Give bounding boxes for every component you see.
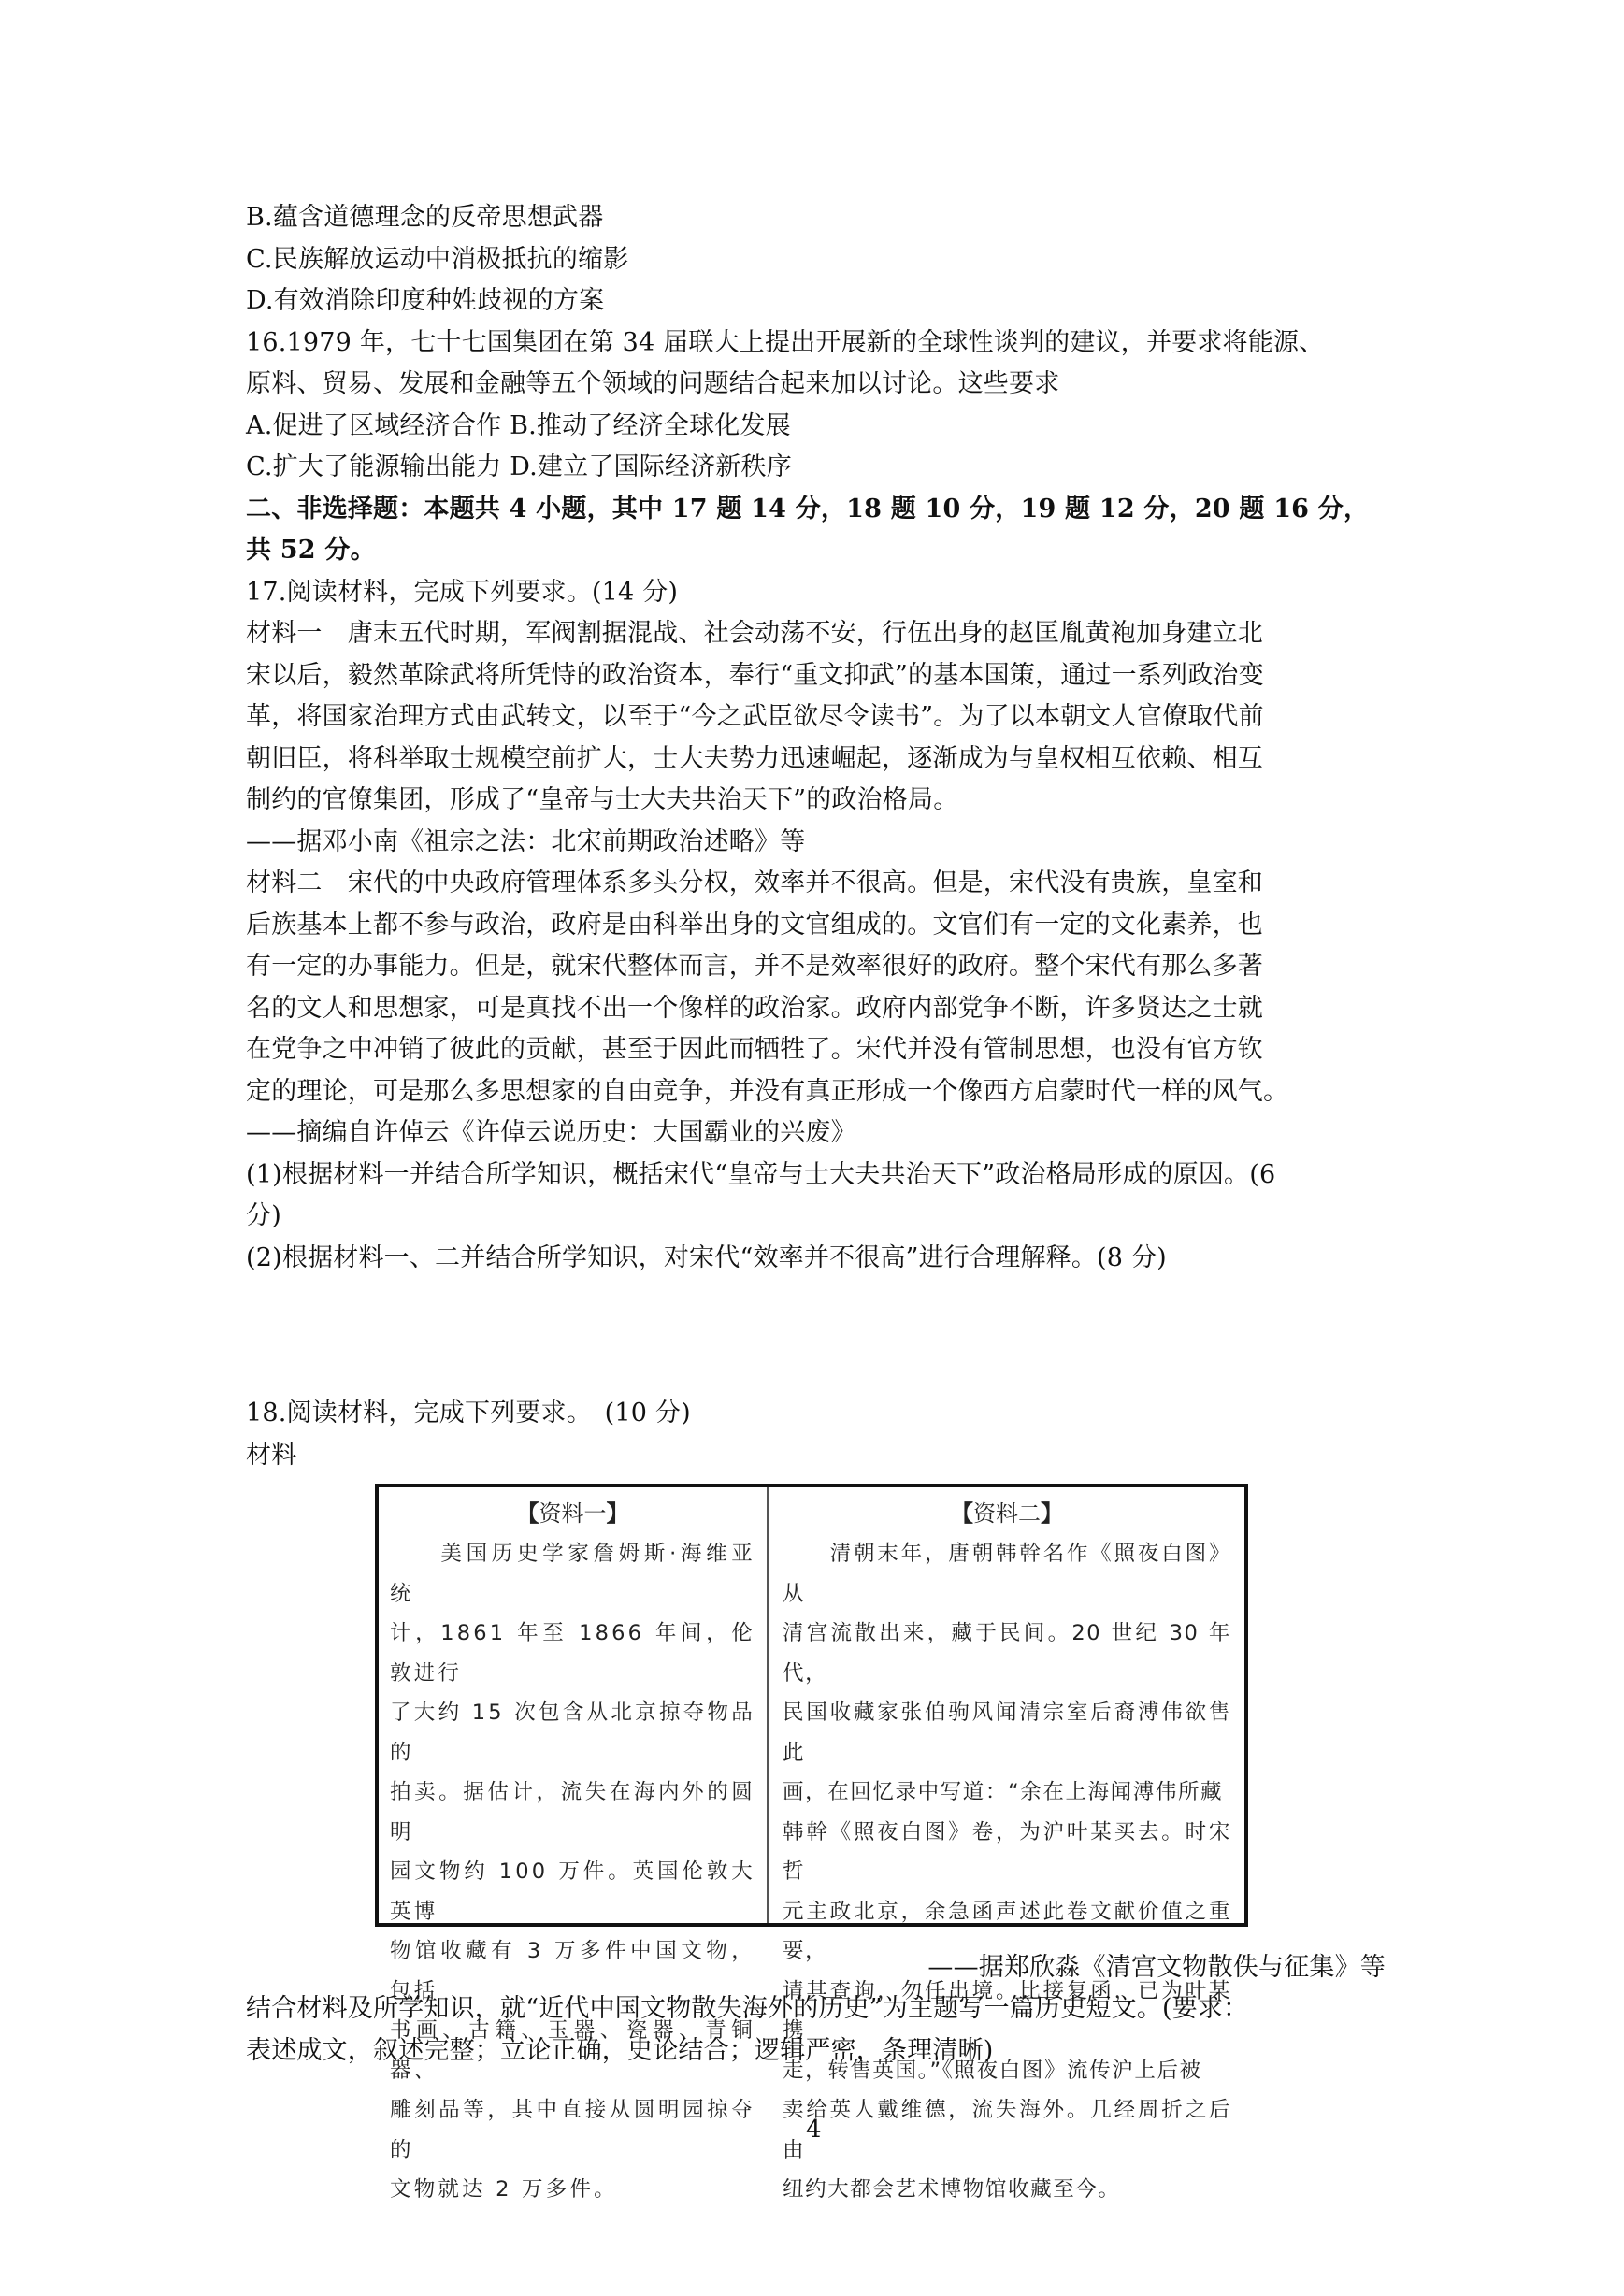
q17-title: 17.阅读材料，完成下列要求。(14 分) xyxy=(246,574,678,611)
material-1-body: 美国历史学家詹姆斯·海维亚统 计，1861 年至 1866 年间，伦敦进行 了大… xyxy=(390,1534,755,2210)
section2-heading-line-1: 二、非选择题：本题共 4 小题，其中 17 题 14 分，18 题 10 分，1… xyxy=(246,491,1369,528)
material-column-2: 【资料二】 清朝末年，唐朝韩幹名作《照夜白图》从 清宫流散出来，藏于民间。20 … xyxy=(769,1487,1244,1923)
q15-option-c: C.民族解放运动中消极抵抗的缩影 xyxy=(246,241,628,279)
material-1-line: 雕刻品等，其中直接从圆明园掠夺的 xyxy=(390,2090,755,2170)
q17-material2-source: ——摘编自许倬云《许倬云说历史：大国霸业的兴废》 xyxy=(246,1114,856,1152)
q17-material1-line-4: 朝旧臣，将科举取士规模空前扩大，士大夫势力迅速崛起，逐渐成为与皇权相互依赖、相互 xyxy=(246,740,1263,778)
q17-question-2: (2)根据材料一、二并结合所学知识，对宋代“效率并不很高”进行合理解释。(8 分… xyxy=(246,1240,1167,1277)
material-2-line: 纽约大都会艺术博物馆收藏至今。 xyxy=(783,2170,1231,2210)
q17-material2-line-6: 定的理论，可是那么多思想家的自由竞争，并没有真正形成一个像西方启蒙时代一样的风气… xyxy=(246,1073,1288,1111)
q17-material2-line-5: 在党争之中冲销了彼此的贡献，甚至于因此而牺牲了。宋代并没有管制思想，也没有官方钦 xyxy=(246,1031,1263,1069)
q16-options-cd: C.扩大了能源输出能力 D.建立了国际经济新秩序 xyxy=(246,449,792,486)
material-2-line: 卖给英人戴维德，流失海外。几经周折之后由 xyxy=(783,2090,1231,2170)
bracket-close: 】 xyxy=(1041,1500,1063,1527)
material-1-title-text: 资料一 xyxy=(539,1500,607,1527)
material-2-line: 画，在回忆录中写道：“余在上海闻溥伟所藏 xyxy=(783,1772,1231,1813)
q18-prompt-line-2: 表述成文，叙述完整；立论正确，史论结合；逻辑严密，条理清晰) xyxy=(246,2032,994,2070)
material-1-line: 了大约 15 次包含从北京掠夺物品的 xyxy=(390,1693,755,1772)
material-2-line: 韩幹《照夜白图》卷，为沪叶某买去。时宋哲 xyxy=(783,1813,1231,1892)
q17-material1-line-2: 宋以后，毅然革除武将所凭恃的政治资本，奉行“重文抑武”的基本国策，通过一系列政治… xyxy=(246,657,1264,695)
bracket-open: 【 xyxy=(951,1500,973,1527)
q18-title: 18.阅读材料，完成下列要求。 (10 分) xyxy=(246,1395,691,1432)
q15-option-b: B.蕴含道德理念的反帝思想武器 xyxy=(246,199,603,237)
material-1-line: 文物就达 2 万多件。 xyxy=(390,2170,755,2210)
bracket-close: 】 xyxy=(607,1500,629,1527)
material-2-title: 【资料二】 xyxy=(783,1495,1231,1532)
q16-options-ab: A.促进了区域经济合作 B.推动了经济全球化发展 xyxy=(246,408,791,445)
q17-material2-line-2: 后族基本上都不参与政治，政府是由科举出身的文官组成的。文官们有一定的文化素养，也 xyxy=(246,907,1263,944)
material-1-line: 拍卖。据估计，流失在海内外的圆明 xyxy=(390,1772,755,1852)
material-1-line: 美国历史学家詹姆斯·海维亚统 xyxy=(390,1534,755,1614)
q17-material1-line-1: 材料一 唐末五代时期，军阀割据混战、社会动荡不安，行伍出身的赵匡胤黄袍加身建立北 xyxy=(246,615,1263,653)
material-2-line: 民国收藏家张伯驹风闻清宗室后裔溥伟欲售此 xyxy=(783,1693,1231,1772)
material-1-line: 园文物约 100 万件。英国伦敦大英博 xyxy=(390,1852,755,1931)
q18-prompt-line-1: 结合材料及所学知识，就“近代中国文物散失海外的历史”为主题写一篇历史短文。(要求… xyxy=(246,1990,1248,2028)
q17-material1-source: ——据邓小南《祖宗之法：北宋前期政治述略》等 xyxy=(246,824,805,861)
material-1-title: 【资料一】 xyxy=(390,1495,755,1532)
page-number: 4 xyxy=(806,2115,822,2145)
material-2-body: 清朝末年，唐朝韩幹名作《照夜白图》从 清宫流散出来，藏于民间。20 世纪 30 … xyxy=(783,1534,1231,2210)
q17-question-1-line-1: (1)根据材料一并结合所学知识，概括宋代“皇帝与士大夫共治天下”政治格局形成的原… xyxy=(246,1156,1275,1194)
q16-stem-line-1: 16.1979 年，七十七国集团在第 34 届联大上提出开展新的全球性谈判的建议… xyxy=(246,324,1324,362)
q16-stem-line-2: 原料、贸易、发展和金融等五个领域的问题结合起来加以讨论。这些要求 xyxy=(246,366,1059,403)
q15-option-d: D.有效消除印度种姓歧视的方案 xyxy=(246,282,604,320)
q18-source: ——据郑欣淼《清宫文物散佚与征集》等 xyxy=(927,1949,1386,1987)
material-1-line: 计，1861 年至 1866 年间，伦敦进行 xyxy=(390,1614,755,1693)
material-2-title-text: 资料二 xyxy=(973,1500,1041,1527)
bracket-open: 【 xyxy=(517,1500,539,1527)
material-2-line: 清朝末年，唐朝韩幹名作《照夜白图》从 xyxy=(783,1534,1231,1614)
q17-question-1-line-2: 分) xyxy=(246,1198,281,1235)
material-column-1: 【资料一】 美国历史学家詹姆斯·海维亚统 计，1861 年至 1866 年间，伦… xyxy=(379,1487,769,1923)
q17-material2-line-3: 有一定的办事能力。但是，就宋代整体而言，并不是效率很好的政府。整个宋代有那么多著 xyxy=(246,948,1263,985)
q17-material2-line-4: 名的文人和思想家，可是真找不出一个像样的政治家。政府内部党争不断，许多贤达之士就 xyxy=(246,990,1263,1027)
section2-heading-line-2: 共 52 分。 xyxy=(246,532,376,569)
q18-material-label: 材料 xyxy=(246,1437,296,1474)
q17-material2-line-1: 材料二 宋代的中央政府管理体系多头分权，效率并不很高。但是，宋代没有贵族，皇室和 xyxy=(246,865,1263,902)
q17-material1-line-3: 革，将国家治理方式由武转文，以至于“今之武臣欲尽令读书”。为了以本朝文人官僚取代… xyxy=(246,698,1264,736)
material-2-line: 清宫流散出来，藏于民间。20 世纪 30 年代， xyxy=(783,1614,1231,1693)
q17-material1-line-5: 制约的官僚集团，形成了“皇帝与士大夫共治天下”的政治格局。 xyxy=(246,782,958,819)
q18-material-table: 【资料一】 美国历史学家詹姆斯·海维亚统 计，1861 年至 1866 年间，伦… xyxy=(375,1484,1248,1927)
